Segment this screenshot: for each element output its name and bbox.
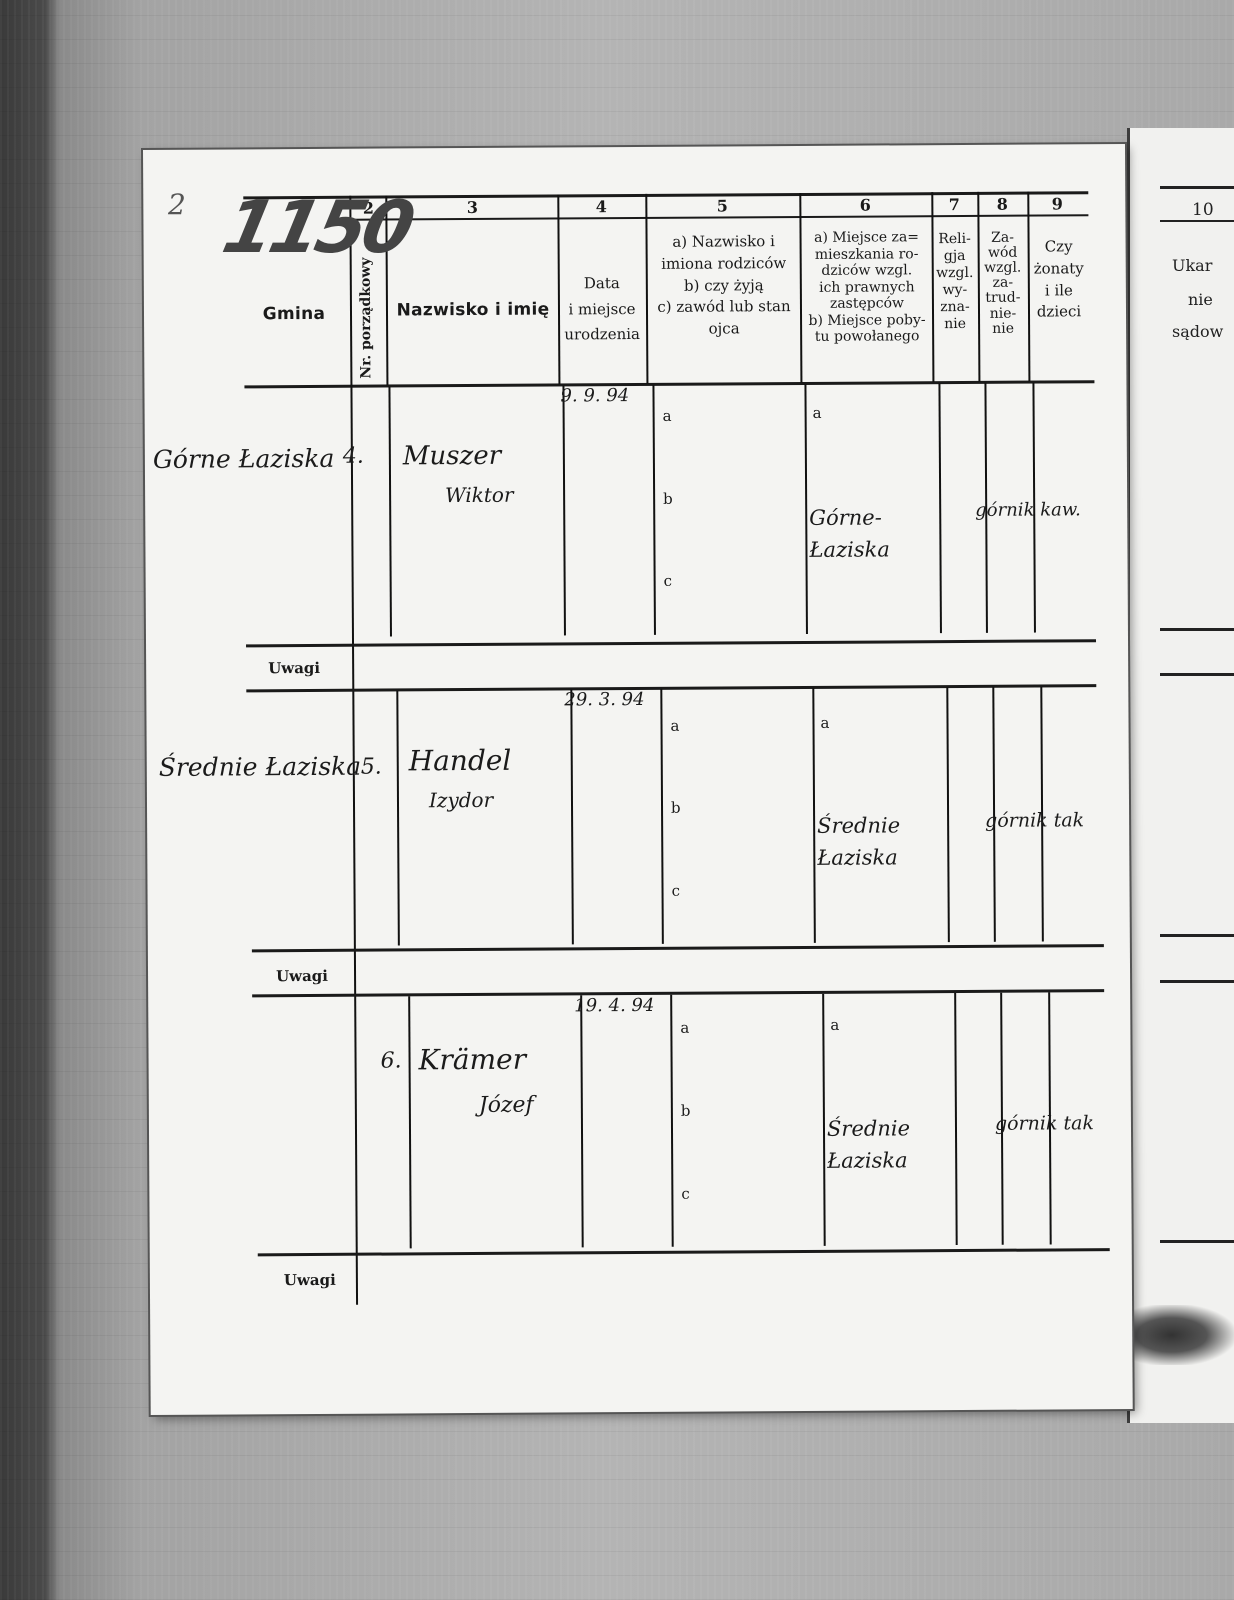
header-zawod: Za- wód wzgl. za- trud- nie- nie: [978, 231, 1029, 337]
column-number: 4: [557, 197, 645, 217]
header-line: tu powołanego: [802, 328, 932, 345]
sub-label-c: c: [664, 572, 673, 590]
entry-1-given-name: Wiktor: [445, 483, 514, 507]
entry-2-birth-date: 29. 3. 94: [564, 689, 644, 710]
sub-label-c: c: [671, 882, 680, 900]
entry-3-given-name: Józef: [479, 1093, 534, 1118]
column-divider: [804, 384, 808, 634]
adjacent-page-rule: [1160, 980, 1234, 983]
column-divider: [660, 689, 664, 944]
sub-label-b: b: [671, 799, 681, 817]
header-line: imiona rodziców: [648, 253, 800, 276]
adjacent-page-rule: [1160, 1240, 1234, 1243]
header-line: nie-: [978, 306, 1028, 321]
ink-smudge: [1130, 1305, 1234, 1365]
header-line: a) Miejsce za=: [802, 229, 932, 246]
header-line: Czy: [1028, 236, 1090, 258]
header-line: nie: [932, 316, 978, 333]
header-miejsce-zamieszkania: a) Miejsce za= mieszkania ro- dziców wzg…: [802, 229, 933, 345]
header-zonaty: Czy żonaty i ile dzieci: [1028, 236, 1091, 323]
header-line: trud-: [978, 291, 1028, 306]
column-divider: [822, 994, 826, 1246]
header-data-urodzenia: Data i miejsce urodzenia: [558, 271, 646, 348]
column-divider: [938, 383, 942, 633]
entry-1-residence: Górne-Łaziska: [809, 502, 929, 566]
entry-3-nr: 6.: [380, 1048, 401, 1073]
entry-3-occupation: górnik tak: [995, 1112, 1094, 1135]
entry-3-surname: Krämer: [418, 1043, 526, 1077]
nr-column-divider: [350, 385, 358, 1305]
column-divider: [812, 688, 816, 943]
column-10-header-line: Ukar: [1172, 256, 1212, 275]
column-number: 6: [799, 195, 931, 215]
header-line: c) zawód lub stan: [648, 296, 800, 319]
header-line: i ile: [1028, 280, 1090, 302]
adjacent-page: 10 Ukar nie sądow: [1130, 128, 1234, 1423]
column-divider: [388, 386, 392, 636]
sub-label-a: a: [820, 714, 829, 732]
header-line: wy-: [932, 282, 978, 299]
adjacent-page-rule: [1160, 628, 1234, 631]
header-line: zastępców: [802, 295, 932, 312]
column-10-header-line: nie: [1188, 290, 1213, 309]
header-line: b) czy żyją: [648, 274, 800, 297]
header-line: nie: [978, 321, 1028, 336]
column-10-header-line: sądow: [1172, 322, 1223, 341]
remarks-label: Uwagi: [268, 659, 320, 677]
entry-3-residence: Średnie Łaziska: [827, 1113, 947, 1177]
column-number: 5: [645, 196, 799, 216]
header-gmina: Gmina: [244, 304, 344, 326]
sub-label-a: a: [813, 404, 822, 422]
remarks-label: Uwagi: [276, 967, 328, 985]
header-line: żonaty: [1028, 258, 1090, 280]
uwagi-top-rule: [246, 639, 1096, 647]
column-divider: [652, 385, 656, 635]
ink-record-number: 1150: [216, 185, 418, 269]
column-number: 9: [1027, 194, 1087, 213]
column-divider: [946, 687, 950, 942]
header-rodzice: a) Nazwisko i imiona rodziców b) czy żyj…: [648, 231, 801, 341]
header-line: b) Miejsce poby-: [802, 312, 932, 329]
column-divider: [562, 385, 566, 635]
remarks-label: Uwagi: [284, 1271, 336, 1289]
column-number: 7: [931, 195, 977, 214]
entry-2-gmina: Średnie Łaziska: [159, 752, 362, 782]
header-line: a) Nazwisko i: [648, 231, 800, 254]
sub-label-a: a: [670, 717, 679, 735]
sub-label-a: a: [663, 407, 672, 425]
entry-1-surname: Muszer: [403, 441, 501, 472]
entry-2-given-name: Izydor: [429, 788, 493, 812]
header-line: ojca: [648, 318, 800, 341]
header-line: dzieci: [1028, 301, 1090, 323]
adjacent-page-rule: [1160, 220, 1234, 222]
column-divider: [570, 689, 574, 944]
entry-2-nr: 5.: [361, 755, 382, 780]
header-bottom-rule: [244, 380, 1094, 388]
entry-1-gmina: Górne Łaziska: [153, 444, 335, 474]
sub-label-c: c: [681, 1185, 690, 1203]
uwagi-top-rule: [258, 1248, 1110, 1256]
adjacent-page-rule: [1160, 673, 1234, 676]
header-line: zna-: [932, 299, 978, 316]
sub-label-b: b: [681, 1102, 691, 1120]
entry-2-surname: Handel: [409, 744, 512, 778]
column-divider: [580, 995, 584, 1247]
column-number: 8: [977, 195, 1027, 214]
entry-1-occupation: górnik kaw.: [975, 499, 1081, 521]
sub-label-a: a: [680, 1019, 689, 1037]
column-divider: [954, 993, 958, 1245]
header-line: dziców wzgl.: [802, 262, 932, 279]
pencil-page-number: 2: [168, 188, 186, 221]
header-line: wzgl.: [978, 261, 1028, 276]
header-line: Data: [558, 271, 646, 297]
adjacent-page-rule: [1160, 186, 1234, 189]
entry-1-birth-date: 9. 9. 94: [560, 385, 629, 406]
uwagi-bottom-rule: [246, 684, 1096, 692]
register-page: 2 3 4 5 6 7 8 9 Gmina Nr. porządkowy Naz…: [143, 144, 1133, 1415]
column-10-number: 10: [1192, 200, 1214, 220]
header-line: wód: [978, 246, 1028, 261]
entry-2-occupation: górnik tak: [985, 809, 1084, 832]
header-line: ich prawnych: [802, 279, 932, 296]
uwagi-top-rule: [252, 944, 1104, 952]
uwagi-bottom-rule: [252, 989, 1104, 997]
entry-3-birth-date: 19. 4. 94: [574, 995, 654, 1016]
entry-1-nr: 4.: [343, 444, 364, 469]
header-line: wzgl.: [932, 265, 978, 282]
header-line: mieszkania ro-: [802, 246, 932, 263]
header-line: Reli-: [932, 231, 978, 248]
header-line: gja: [932, 248, 978, 265]
header-line: i miejsce: [558, 296, 646, 322]
column-divider: [670, 995, 674, 1247]
header-line: urodzenia: [558, 322, 646, 348]
column-divider: [396, 690, 400, 945]
header-nazwisko-imie: Nazwisko i imię: [390, 299, 556, 321]
column-divider: [408, 996, 412, 1248]
header-line: za-: [978, 276, 1028, 291]
sub-label-b: b: [663, 490, 673, 508]
entry-2-residence: Średnie Łaziska: [817, 810, 937, 874]
sub-label-a: a: [830, 1016, 839, 1034]
header-line: Za-: [978, 231, 1028, 246]
adjacent-page-rule: [1160, 934, 1234, 937]
header-religia: Reli- gja wzgl. wy- zna- nie: [932, 231, 979, 334]
